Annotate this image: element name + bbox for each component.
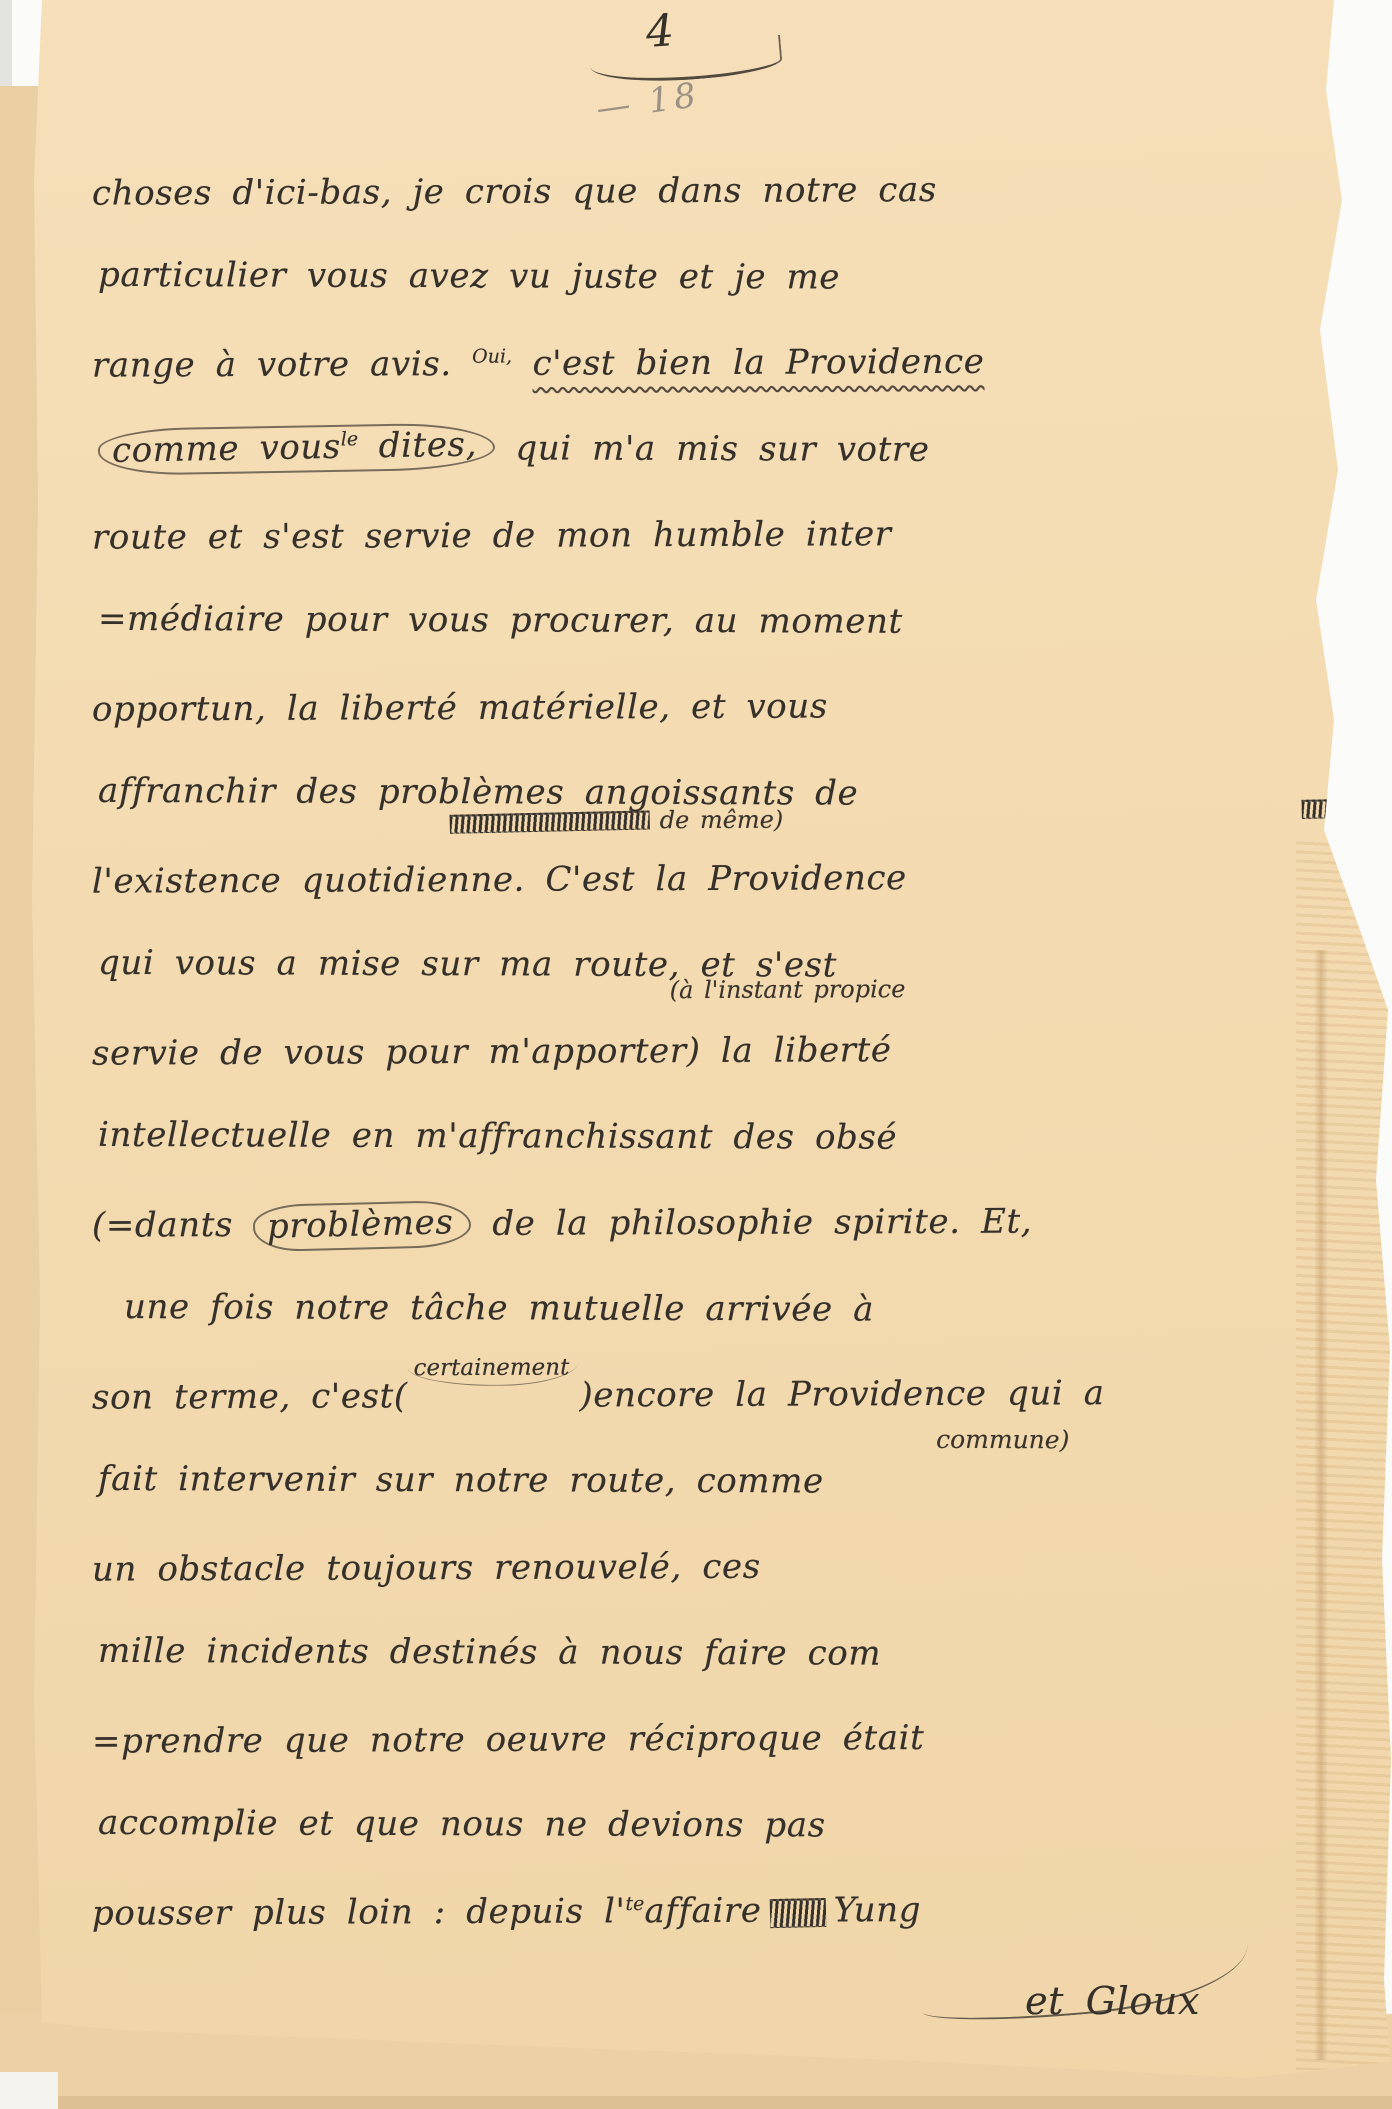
scratched-out-word — [769, 1897, 826, 1927]
line-text: servie de vous pour m'apporter) la liber… — [92, 1030, 892, 1073]
line-text: particulier vous avez vu juste et je me — [98, 255, 840, 298]
line-text: choses d'ici-bas, je crois que dans notr… — [92, 170, 937, 214]
insertion-text: de même) — [660, 806, 784, 835]
handwritten-line: commune) fait intervenir sur notre route… — [36, 1436, 1360, 1527]
background-notch — [0, 2072, 58, 2109]
interlinear-insertion: (à l'instant propice — [670, 977, 906, 1002]
handwritten-line: route et s'est servie de mon humble inte… — [30, 489, 1360, 581]
line-text: une fois notre tâche mutuelle arrivée à — [124, 1287, 874, 1330]
handwritten-line: (=dants problèmes de la philosophie spir… — [30, 1177, 1360, 1269]
line-text: )encore la Providence qui a — [579, 1373, 1104, 1415]
line-text: dites, — [378, 424, 477, 466]
scratched-out-word — [1302, 798, 1368, 818]
line-text: (=dants — [92, 1205, 233, 1246]
handwritten-line: une fois notre tâche mutuelle arrivée à — [36, 1264, 1360, 1355]
handwritten-line: intellectuelle en m'affranchissant des o… — [36, 1092, 1360, 1183]
line-text: mille incidents destinés à nous faire co… — [98, 1631, 881, 1674]
handwritten-line: choses d'ici-bas, je crois que dans notr… — [30, 145, 1360, 237]
line-text: fait intervenir sur notre route, comme — [98, 1459, 824, 1502]
circled-phrase: comme vousle dites, — [98, 422, 496, 476]
scratched-out-word — [450, 810, 650, 833]
line-text: route et s'est servie de mon humble inte… — [92, 514, 892, 557]
handwritten-line: particulier vous avez vu juste et je me — [36, 232, 1360, 323]
underlying-page-shadow — [0, 2096, 1392, 2109]
line-text: qui m'a mis sur votre — [515, 428, 929, 469]
line-text: pousser plus loin : depuis l' — [92, 1891, 626, 1933]
interlinear-insertion: de même) — [450, 808, 784, 833]
handwritten-line: opportun, la liberté matérielle, et vous — [30, 661, 1360, 753]
line-text: l'existence quotidienne. C'est la Provid… — [92, 858, 907, 902]
interlinear-insertion: certainement — [408, 1357, 580, 1387]
interlinear-insertion: commune) — [936, 1427, 1069, 1452]
underlined-phrase: c'est bien la Providence — [532, 342, 984, 384]
line-text: intellectuelle en m'affranchissant des o… — [98, 1115, 897, 1158]
circled-word: problèmes — [253, 1200, 473, 1253]
handwritten-line: de même) l'existence quotidienne. C'est … — [30, 833, 1360, 925]
line-text: =médiaire pour vous procurer, au moment — [98, 599, 903, 642]
scanner-background-sliver — [0, 0, 12, 92]
handwritten-line: =médiaire pour vous procurer, au moment — [36, 576, 1360, 667]
handwritten-line: accomplie et que nous ne devions pas — [36, 1780, 1360, 1871]
letter-body: choses d'ici-bas, je crois que dans notr… — [30, 148, 1360, 2064]
interlinear-insertion: te — [625, 1893, 644, 1915]
interlinear-insertion: Oui, — [472, 345, 512, 367]
page-header: 4 — 18 — [0, 6, 1392, 122]
line-text: opportun, la liberté matérielle, et vous — [92, 686, 828, 729]
line-text: Yung — [833, 1890, 921, 1930]
line-text: de la philosophie spirite. Et, — [492, 1202, 1032, 1244]
handwritten-line: range à votre avis. Oui, c'est bien la P… — [30, 317, 1360, 409]
line-text: comme vous — [112, 427, 342, 471]
manuscript-paper: 4 — 18 choses d'ici-bas, je crois que da… — [0, 0, 1392, 2109]
line-text: accomplie et que nous ne devions pas — [98, 1803, 826, 1846]
handwritten-line: comme vousle dites, qui m'a mis sur votr… — [36, 404, 1360, 495]
scanned-letter-page: 4 — 18 choses d'ici-bas, je crois que da… — [0, 0, 1392, 2109]
line-text: un obstacle toujours renouvelé, ces — [92, 1547, 761, 1590]
handwritten-line: (à l'instant propice servie de vous pour… — [30, 1005, 1360, 1097]
handwritten-line: mille incidents destinés à nous faire co… — [36, 1608, 1360, 1699]
interlinear-insertion: le — [341, 428, 359, 450]
handwritten-line: son terme, c'est(certainement)encore la … — [30, 1349, 1360, 1441]
line-text: affaire — [644, 1891, 761, 1932]
handwritten-line: un obstacle toujours renouvelé, ces — [30, 1521, 1360, 1613]
line-text: =prendre que notre oeuvre réciproque éta… — [92, 1718, 924, 1762]
handwritten-line: =prendre que notre oeuvre réciproque éta… — [30, 1693, 1360, 1785]
line-text: range à votre avis. — [92, 344, 452, 386]
line-text: son terme, c'est( — [92, 1376, 408, 1417]
